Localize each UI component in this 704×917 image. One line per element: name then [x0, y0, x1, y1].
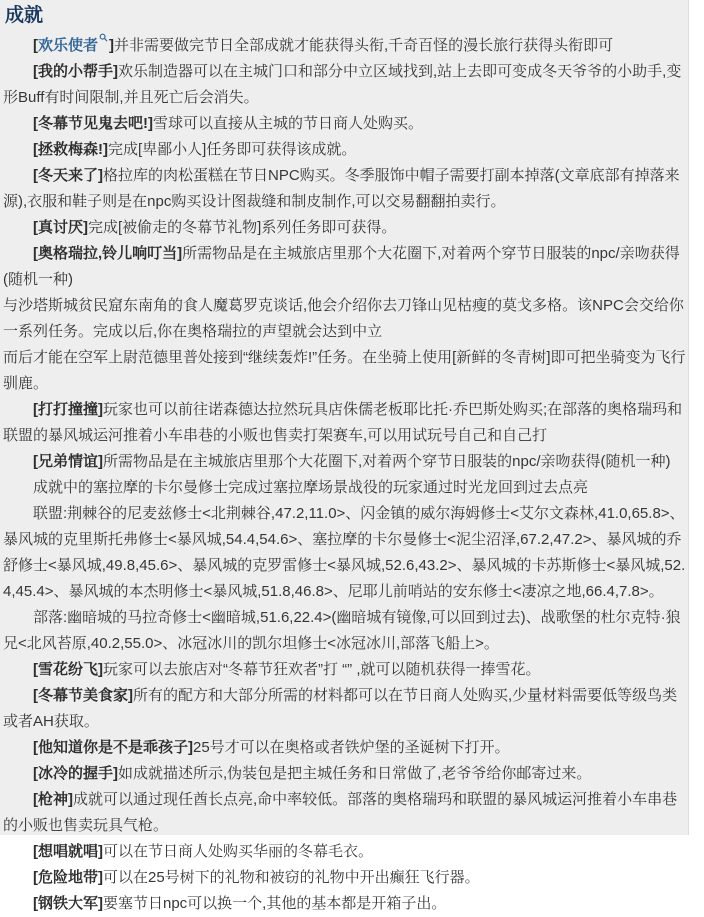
- paragraph: [真讨厌]完成[被偷走的冬幕节礼物]系列任务即可获得。: [0, 215, 688, 241]
- achievement-name: [奥格瑞拉,铃儿响叮当]: [33, 245, 182, 262]
- achievement-name: [拯救梅森!]: [33, 141, 108, 158]
- achievement-name: [打打撞撞]: [33, 401, 103, 418]
- paragraph: 联盟:荆棘谷的尼麦兹修士<北荆棘谷,47.2,11.0>、闪金镇的威尔海姆修士<…: [0, 501, 688, 605]
- page-title: 成就: [5, 4, 688, 28]
- achievement-name: [雪花纷飞]: [33, 661, 103, 678]
- achievement-name: [冬幕节美食家]: [33, 687, 133, 704]
- achievement-name: [冬幕节见鬼去吧!]: [33, 115, 153, 132]
- achievement-name: [真讨厌]: [33, 219, 88, 236]
- achievement-name: [我的小帮手]: [33, 63, 118, 80]
- achievement-name: [冰冷的握手]: [33, 765, 118, 782]
- paragraph: [冬幕节见鬼去吧!]雪球可以直接从主城的节日商人处购买。: [0, 111, 688, 137]
- paragraph: [奥格瑞拉,铃儿响叮当]所需物品是在主城旅店里那个大花圈下,对着两个穿节日服装的…: [0, 241, 688, 293]
- paragraph: [欢乐使者]并非需要做完节日全部成就才能获得头衔,千奇百怪的漫长旅行获得头衔即可: [0, 33, 688, 59]
- paragraph: [兄弟情谊]所需物品是在主城旅店里那个大花圈下,对着两个穿节日服装的npc/亲吻…: [0, 449, 688, 475]
- article-page: 成就 [欢乐使者]并非需要做完节日全部成就才能获得头衔,千奇百怪的漫长旅行获得头…: [0, 0, 689, 835]
- right-gutter: [690, 0, 704, 835]
- paragraph: [冬天来了]格拉库的肉松蛋糕在节日NPC购买。冬季服饰中帽子需要打副本掉落(文章…: [0, 163, 688, 215]
- achievement-name: [冬天来了]: [33, 167, 103, 184]
- paragraph: [拯救梅森!]完成[卑鄙小人]任务即可获得该成就。: [0, 137, 688, 163]
- paragraph: 部落:幽暗城的马拉奇修士<幽暗城,51.6,22.4>(幽暗城有镜像,可以回到过…: [0, 605, 688, 657]
- achievement-name: [枪神]: [33, 791, 73, 808]
- article-body: [欢乐使者]并非需要做完节日全部成就才能获得头衔,千奇百怪的漫长旅行获得头衔即可…: [0, 33, 688, 835]
- paragraph: [我的小帮手]欢乐制造器可以在主城门口和部分中立区域找到,站上去即可变成冬天爷爷…: [0, 59, 688, 111]
- paragraph: 而后才能在空军上尉范德里普处接到“继续轰炸!”任务。在坐骑上使用[新鲜的冬青树]…: [0, 345, 688, 397]
- paragraph: 与沙塔斯城贫民窟东南角的食人魔葛罗克谈话,他会介绍你去刀锋山见枯瘦的莫戈多格。该…: [0, 293, 688, 345]
- achievement-name: [兄弟情谊]: [33, 453, 103, 470]
- achievement-name: [他知道你是不是乖孩子]: [33, 739, 193, 756]
- paragraph: 成就中的塞拉摩的卡尔曼修士完成过塞拉摩场景战役的玩家通过时光龙回到过去点亮: [0, 475, 688, 501]
- paragraph: [雪花纷飞]玩家可以去旅店对“冬幕节狂欢者”打 “” ,就可以随机获得一捧雪花。: [0, 657, 688, 683]
- paragraph: [他知道你是不是乖孩子]25号才可以在奥格或者铁炉堡的圣诞树下打开。: [0, 735, 688, 761]
- achievement-name: [欢乐使者]: [33, 37, 114, 54]
- paragraph: [枪神]成就可以通过现任酋长点亮,命中率较低。部落的奥格瑞玛和联盟的暴风城运河推…: [0, 787, 688, 835]
- paragraph: [冬幕节美食家]所有的配方和大部分所需的材料都可以在节日商人处购买,少量材料需要…: [0, 683, 688, 735]
- paragraph: [冰冷的握手]如成就描述所示,伪装包是把主城任务和日常做了,老爷爷给你邮寄过来。: [0, 761, 688, 787]
- achievement-link[interactable]: 欢乐使者: [38, 37, 98, 54]
- paragraph: [打打撞撞]玩家也可以前往诺森德达拉然玩具店侏儒老板耶比托·乔巴斯处购买;在部落…: [0, 397, 688, 449]
- search-icon[interactable]: [99, 33, 108, 47]
